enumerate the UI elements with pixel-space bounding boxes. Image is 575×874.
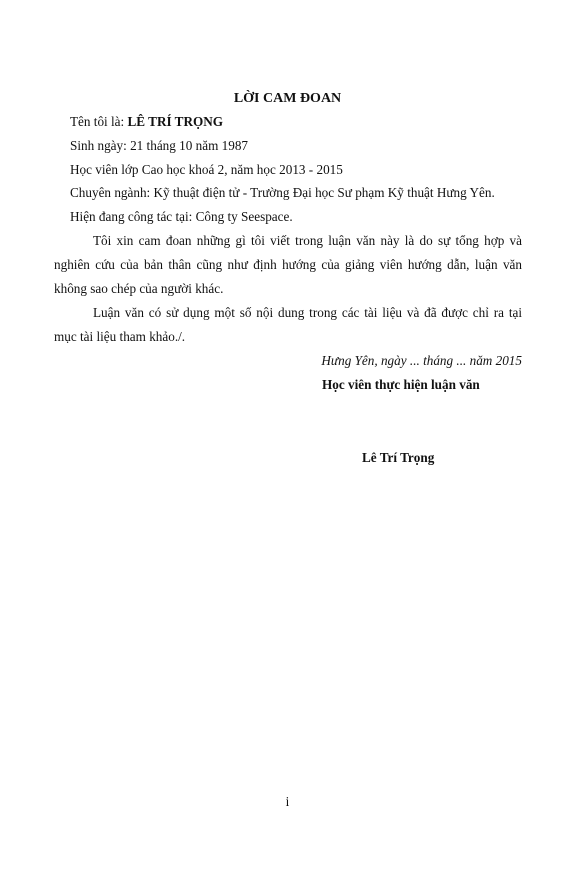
name-line: Tên tôi là: LÊ TRÍ TRỌNG — [70, 114, 223, 130]
signature-role: Học viên thực hiện luận văn — [322, 377, 480, 393]
paragraph1-line1: Tôi xin cam đoan những gì tôi viết trong… — [93, 233, 522, 249]
paragraph2-line1: Luận văn có sử dụng một số nội dung tron… — [93, 305, 522, 321]
major-line: Chuyên ngành: Kỹ thuật điện tử - Trường … — [70, 185, 495, 201]
paragraph1-line3: không sao chép của người khác. — [54, 281, 223, 297]
name-label: Tên tôi là: — [70, 114, 128, 129]
page-number: i — [0, 794, 575, 810]
name-value: LÊ TRÍ TRỌNG — [128, 114, 224, 129]
paragraph2-line2: mục tài liệu tham khảo./. — [54, 329, 185, 345]
signature-place-date: Hưng Yên, ngày ... tháng ... năm 2015 — [321, 353, 522, 369]
paragraph1-line2: nghiên cứu của bản thân cũng như định hư… — [54, 257, 522, 273]
work-line: Hiện đang công tác tại: Công ty Seespace… — [70, 209, 293, 225]
class-line: Học viên lớp Cao học khoá 2, năm học 201… — [70, 162, 343, 178]
signature-name: Lê Trí Trọng — [362, 450, 434, 466]
birth-line: Sinh ngày: 21 tháng 10 năm 1987 — [70, 138, 248, 154]
document-title: LỜI CAM ĐOAN — [0, 91, 575, 107]
